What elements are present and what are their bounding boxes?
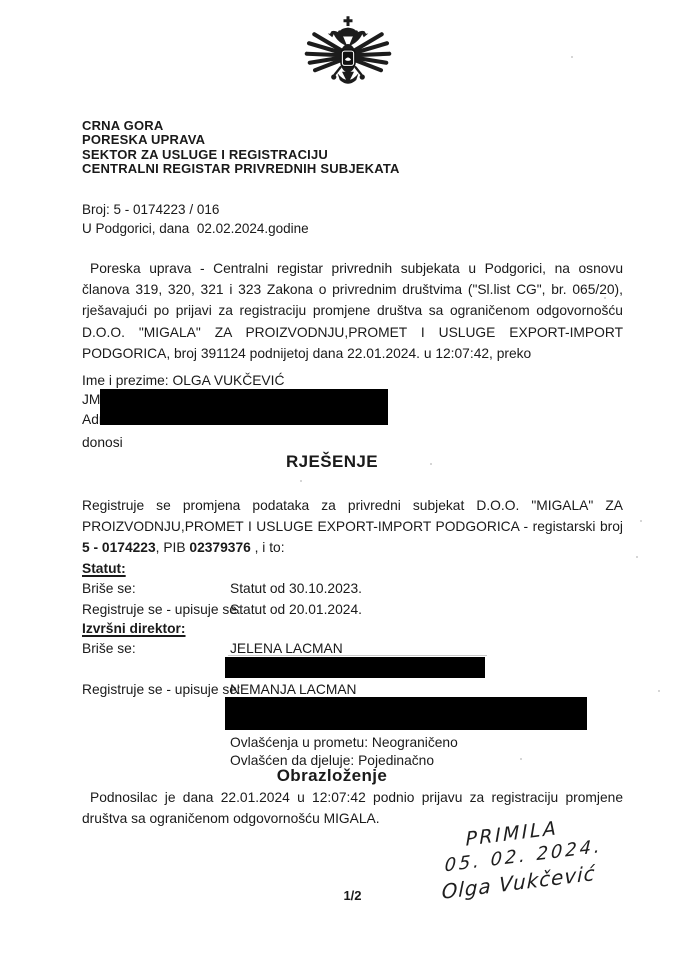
row-value: NEMANJA LACMAN [230, 682, 357, 697]
authority-note-promet: Ovlašćenja u prometu: Neograničeno [230, 735, 458, 750]
scan-speck [658, 690, 660, 692]
redaction-bar [225, 697, 587, 730]
scan-speck [640, 520, 642, 522]
row-label: Registruje se - upisuje se: [82, 682, 241, 697]
decision-text-3: , i to: [251, 540, 285, 555]
registry-number: 5 - 0174223 [82, 540, 156, 555]
letterhead-country: CRNA GORA [82, 119, 400, 133]
letterhead-registry: CENTRALNI REGISTAR PRIVREDNIH SUBJEKATA [82, 162, 400, 176]
applicant-name-line: Ime i prezime: OLGA VUKČEVIĆ [82, 371, 284, 390]
letterhead-sector: SEKTOR ZA USLUGE I REGISTRACIJU [82, 148, 400, 162]
scan-speck [520, 758, 522, 760]
scan-speck [300, 480, 302, 482]
row-label: Briše se: [82, 641, 136, 656]
row-label: Registruje se - upisuje se: [82, 602, 241, 617]
decision-text-2: , PIB [156, 540, 190, 555]
decision-title: RJEŠENJE [82, 452, 582, 472]
scan-speck [604, 297, 606, 299]
scan-underline-artifact [228, 655, 487, 656]
scan-speck [636, 556, 638, 558]
donosi-line: donosi [82, 435, 123, 450]
redaction-bar [100, 389, 388, 425]
scan-speck [430, 463, 432, 465]
letterhead: CRNA GORA PORESKA UPRAVA SEKTOR ZA USLUG… [82, 119, 400, 177]
place-date-line: U Podgorici, dana 02.02.2024.godine [82, 221, 309, 236]
coat-of-arms-eagle-icon [303, 16, 393, 114]
intro-paragraph: Poreska uprava - Centralni registar priv… [82, 258, 623, 364]
statut-row-registruje: Registruje se - upisuje se: Statut od 20… [82, 602, 623, 623]
document-page: CRNA GORA PORESKA UPRAVA SEKTOR ZA USLUG… [0, 0, 679, 960]
section-heading-statut: Statut: [82, 561, 126, 576]
document-number: Broj: 5 - 0174223 / 016 [82, 202, 219, 217]
scan-speck [571, 56, 573, 58]
rationale-title: Obrazloženje [82, 766, 582, 786]
pib-number: 02379376 [189, 540, 250, 555]
page-number: 1/2 [82, 888, 623, 903]
redaction-bar [225, 657, 485, 678]
row-label: Briše se: [82, 581, 136, 596]
decision-text-1: Registruje se promjena podataka za privr… [82, 498, 623, 534]
statut-row-brise: Briše se: Statut od 30.10.2023. [82, 581, 623, 602]
decision-paragraph: Registruje se promjena podataka za privr… [82, 495, 623, 559]
section-heading-direktor: Izvršni direktor: [82, 621, 186, 636]
row-value: Statut od 20.01.2024. [230, 602, 362, 617]
row-value: Statut od 30.10.2023. [230, 581, 362, 596]
row-value: JELENA LACMAN [230, 641, 343, 656]
letterhead-org: PORESKA UPRAVA [82, 133, 400, 147]
